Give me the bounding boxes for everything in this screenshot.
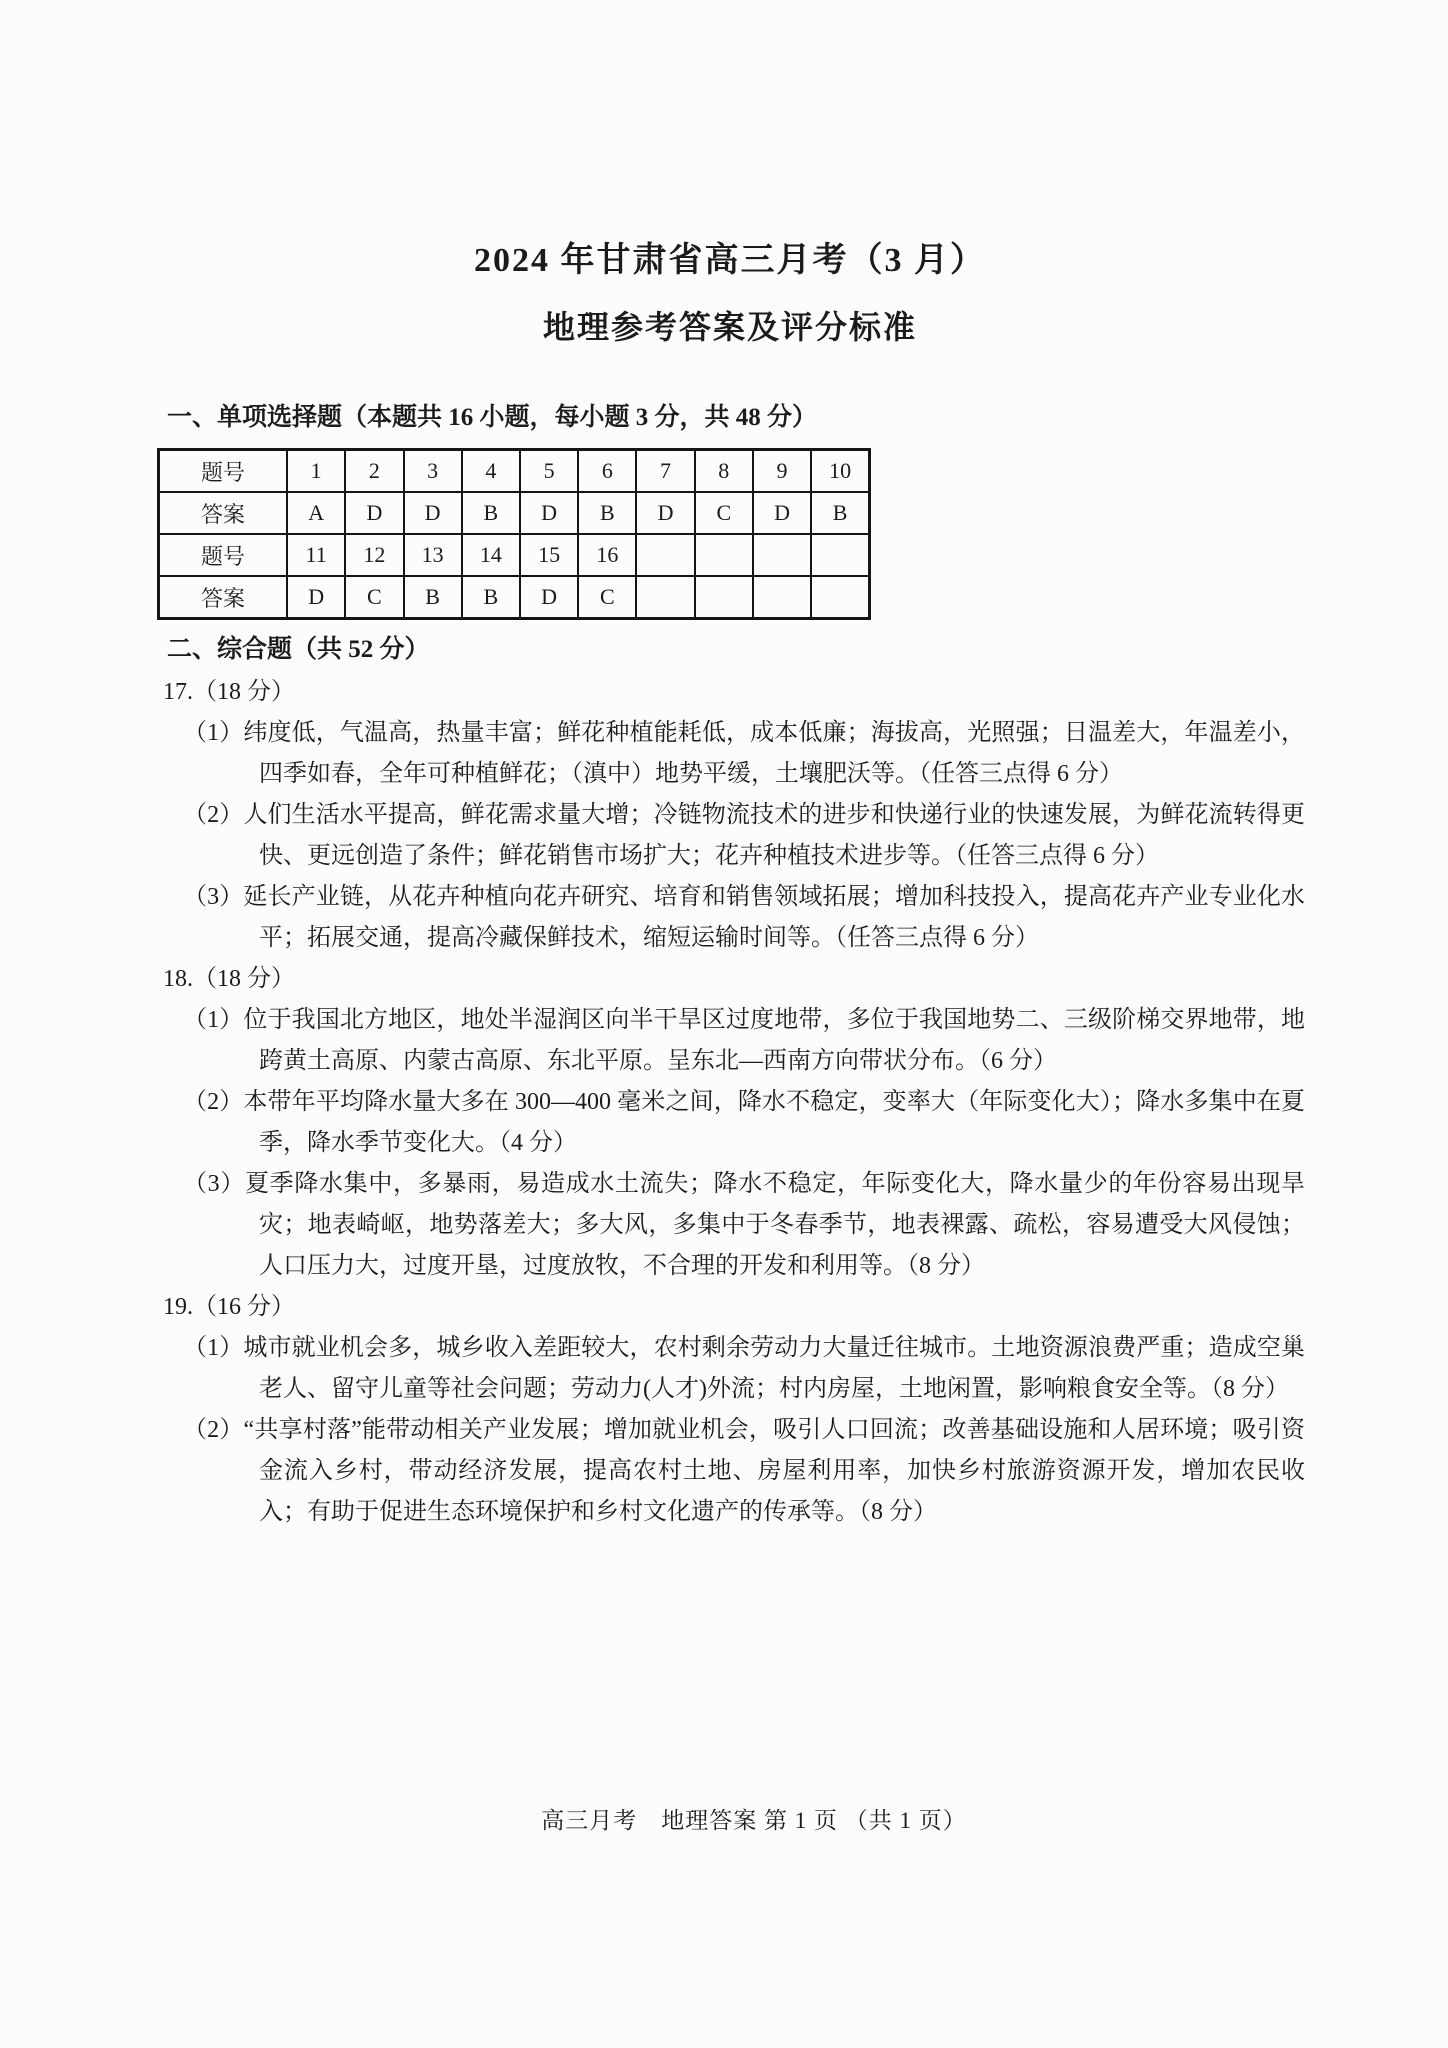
- answer-cell: D: [345, 492, 403, 534]
- answer-cell: D: [287, 576, 345, 619]
- answer-cell: 9: [753, 450, 811, 493]
- table-row: 答案ADDBDBDCDB: [159, 492, 870, 534]
- answer-cell: D: [520, 576, 578, 619]
- answer-cell: 10: [811, 450, 869, 493]
- question-number: 19.（16 分）: [163, 1287, 1305, 1328]
- answer-part: （2）人们生活水平提高，鲜花需求量大增；冷链物流技术的进步和快递行业的快速发展，…: [183, 795, 1305, 877]
- answer-cell: 11: [287, 534, 345, 576]
- row-header-cell: 答案: [159, 492, 288, 534]
- answer-cell: B: [811, 492, 869, 534]
- row-header-cell: 题号: [159, 450, 288, 493]
- answer-cell: [695, 576, 753, 619]
- answer-cell: A: [287, 492, 345, 534]
- answer-cell: 5: [520, 450, 578, 493]
- answer-cell: 7: [636, 450, 694, 493]
- answer-part: （1）纬度低，气温高，热量丰富；鲜花种植能耗低，成本低廉；海拔高，光照强；日温差…: [183, 713, 1305, 795]
- answer-cell: [753, 576, 811, 619]
- answer-cell: D: [636, 492, 694, 534]
- answer-cell: C: [578, 576, 636, 619]
- page-container: 2024 年甘肃省高三月考（3 月） 地理参考答案及评分标准 一、单项选择题（本…: [0, 0, 1448, 2048]
- answer-cell: C: [695, 492, 753, 534]
- answer-cell: 3: [404, 450, 462, 493]
- table-row: 题号12345678910: [159, 450, 870, 493]
- answer-cell: [811, 534, 869, 576]
- answer-part: （3）延长产业链，从花卉种植向花卉研究、培育和销售领域拓展；增加科技投入，提高花…: [183, 877, 1305, 959]
- answer-cell: 2: [345, 450, 403, 493]
- answer-cell: 14: [462, 534, 520, 576]
- answer-part: （1）城市就业机会多，城乡收入差距较大，农村剩余劳动力大量迁往城市。土地资源浪费…: [183, 1328, 1305, 1410]
- row-header-cell: 题号: [159, 534, 288, 576]
- section-2-heading: 二、综合题（共 52 分）: [167, 632, 1305, 668]
- answer-cell: 1: [287, 450, 345, 493]
- answer-cell: [753, 534, 811, 576]
- answer-cell: D: [753, 492, 811, 534]
- answer-cell: C: [345, 576, 403, 619]
- answer-cell: D: [520, 492, 578, 534]
- question-number: 18.（18 分）: [163, 959, 1305, 1000]
- answer-cell: 4: [462, 450, 520, 493]
- answer-table: 题号12345678910答案ADDBDBDCDB题号111213141516答…: [157, 448, 871, 620]
- answer-cell: 13: [404, 534, 462, 576]
- answer-cell: B: [404, 576, 462, 619]
- row-header-cell: 答案: [159, 576, 288, 619]
- answer-cell: B: [462, 492, 520, 534]
- questions: 17.（18 分）（1）纬度低，气温高，热量丰富；鲜花种植能耗低，成本低廉；海拔…: [155, 672, 1305, 1533]
- answer-cell: [811, 576, 869, 619]
- table-row: 题号111213141516: [159, 534, 870, 576]
- table-row: 答案DCBBDC: [159, 576, 870, 619]
- answer-part: （3）夏季降水集中，多暴雨，易造成水土流失；降水不稳定，年际变化大，降水量少的年…: [183, 1164, 1305, 1287]
- answer-cell: D: [404, 492, 462, 534]
- answer-cell: 12: [345, 534, 403, 576]
- answer-part: （2）“共享村落”能带动相关产业发展；增加就业机会，吸引人口回流；改善基础设施和…: [183, 1410, 1305, 1533]
- answer-cell: [636, 576, 694, 619]
- answer-cell: 15: [520, 534, 578, 576]
- exam-subtitle: 地理参考答案及评分标准: [155, 306, 1305, 348]
- answer-table-body: 题号12345678910答案ADDBDBDCDB题号111213141516答…: [159, 450, 870, 619]
- exam-title: 2024 年甘肃省高三月考（3 月）: [155, 240, 1305, 282]
- page-footer: 高三月考 地理答案 第 1 页 （共 1 页）: [0, 1802, 1448, 1835]
- answer-cell: [695, 534, 753, 576]
- section-1-heading: 一、单项选择题（本题共 16 小题，每小题 3 分，共 48 分）: [167, 400, 1305, 436]
- answer-cell: 6: [578, 450, 636, 493]
- answer-cell: B: [578, 492, 636, 534]
- answer-part: （2）本带年平均降水量大多在 300—400 毫米之间，降水不稳定，变率大（年际…: [183, 1082, 1305, 1164]
- answer-cell: [636, 534, 694, 576]
- answer-cell: 16: [578, 534, 636, 576]
- answer-cell: 8: [695, 450, 753, 493]
- question-number: 17.（18 分）: [163, 672, 1305, 713]
- answer-part: （1）位于我国北方地区，地处半湿润区向半干旱区过度地带，多位于我国地势二、三级阶…: [183, 1000, 1305, 1082]
- answer-cell: B: [462, 576, 520, 619]
